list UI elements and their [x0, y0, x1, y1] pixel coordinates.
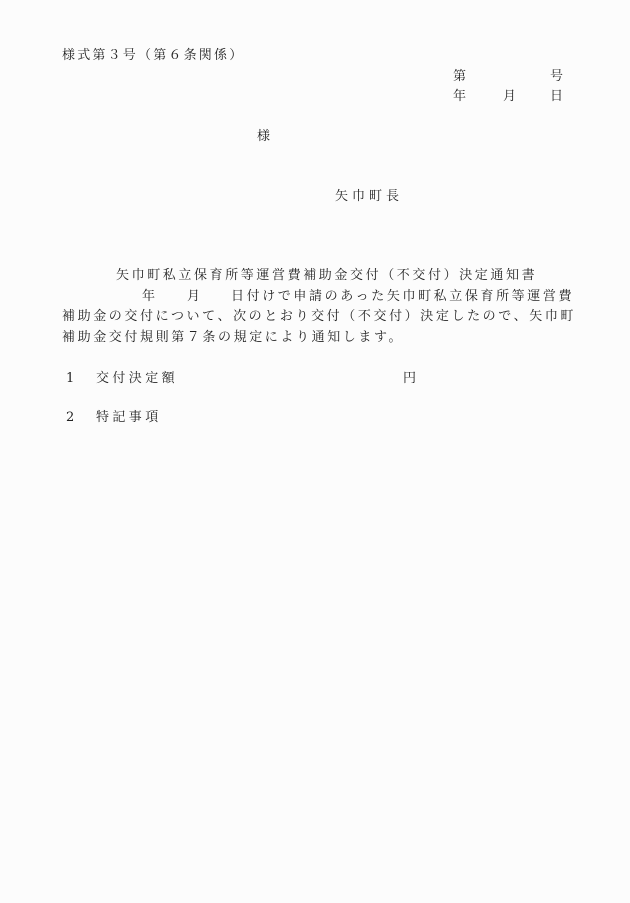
- form-label: 様式第３号（第６条関係）: [62, 48, 244, 64]
- date-year-label: 年: [453, 89, 468, 105]
- item-label: 交付決定額: [96, 371, 178, 387]
- body-line-1: 日付けで申請のあった矢巾町私立保育所等運営費: [231, 289, 574, 305]
- number-prefix: 第: [453, 69, 468, 85]
- body-line-3: 補助金交付規則第７条の規定により通知します。: [62, 330, 404, 346]
- document-title: 矢巾町私立保育所等運営費補助金交付（不交付）決定通知書: [116, 268, 537, 284]
- addressee-honorific: 様: [257, 129, 272, 145]
- date-day-label: 日: [550, 89, 565, 105]
- number-suffix: 号: [550, 69, 565, 85]
- grant-amount-value: [200, 369, 395, 389]
- body-line-2: 補助金の交付について、次のとおり交付（不交付）決定したので、矢巾町: [62, 309, 576, 325]
- item-number: 1: [66, 371, 76, 387]
- body-month-label: 月: [187, 289, 202, 305]
- currency-unit: 円: [403, 371, 418, 387]
- sender-name: 矢巾町長: [335, 189, 403, 205]
- body-year-label: 年: [142, 289, 157, 305]
- date-month-label: 月: [503, 89, 518, 105]
- item-label: 特記事項: [96, 410, 162, 426]
- item-number: 2: [66, 410, 76, 426]
